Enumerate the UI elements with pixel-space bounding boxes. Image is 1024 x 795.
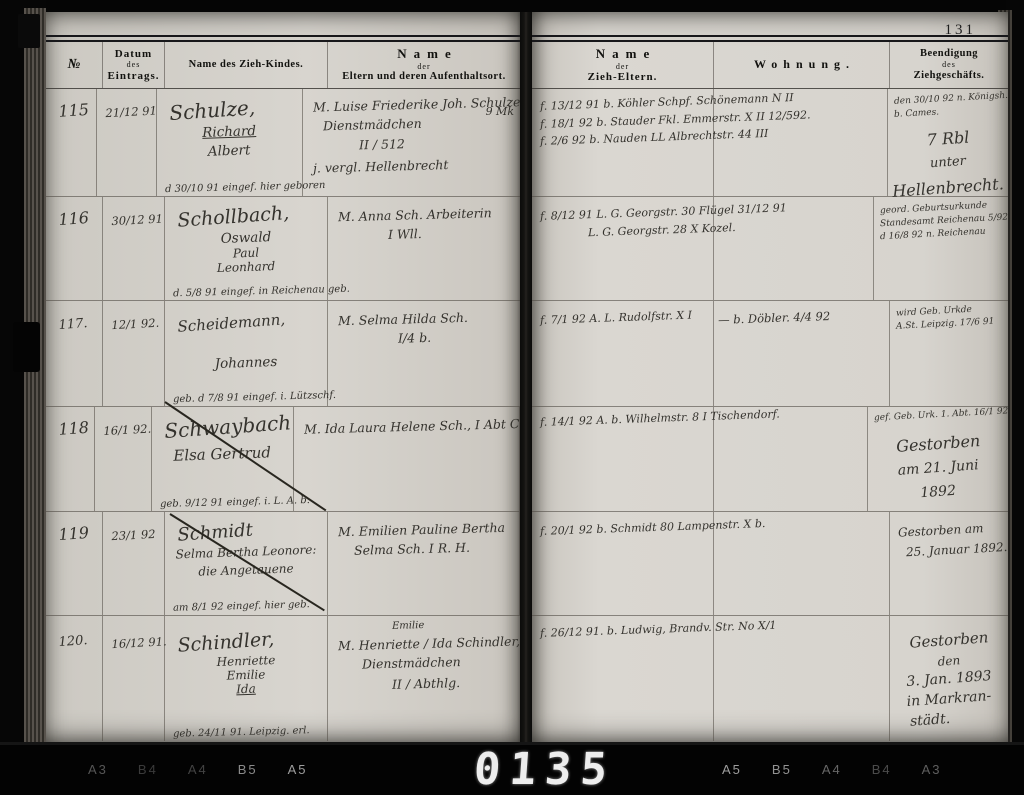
header-beendigung-line3: Ziehgeschäfts. (914, 70, 985, 82)
table-header-left: № Datum des Eintrags. Name des Zieh-Kind… (46, 40, 520, 89)
cell-wohnung: — b. Döbler. 4/4 92 (714, 301, 890, 406)
cell-parents: M. Anna Sch. Arbeiterin I Wll. (328, 197, 520, 300)
child-note: geb. 24/11 91. Leipzig. erl. (173, 725, 310, 740)
header-name-kind: Name des Zieh-Kindes. (165, 42, 328, 88)
header-beendigung-line2: des (942, 60, 956, 69)
cell-foster-parents: f. 13/12 91 b. Köhler Schpf. Schönemann … (532, 89, 714, 196)
header-no: № (46, 42, 103, 88)
cell-parents: M. Emilien Pauline Bertha Selma Sch. I R… (328, 512, 520, 615)
header-zieheltern: Name der Zieh-Eltern. (532, 42, 714, 88)
cell-foster-parents: f. 26/12 91. b. Ludwig, Brandv. Str. No … (532, 616, 714, 741)
page-stack-left (24, 8, 46, 746)
cell-parents: M. Luise Friederike Joh. Schulze Dienstm… (303, 89, 520, 196)
entry-number: 116 (45, 195, 103, 230)
microfilm-frame: № Datum des Eintrags. Name des Zieh-Kind… (0, 0, 1024, 795)
child-forename: Elsa Gertrud (152, 443, 293, 466)
spine-tab-top (18, 14, 40, 48)
spine-tab (13, 322, 40, 372)
cell-parents: M. Ida Laura Helene Sch., I Abt C (294, 407, 520, 511)
cell-child-name: Schulze, Richard Albert d 30/10 91 einge… (157, 89, 302, 196)
parents-line: II / Abthlg. (328, 672, 521, 696)
header-datum-line3: Eintrags. (107, 70, 159, 83)
cell-wohnung (714, 512, 890, 615)
cell-wohnung (714, 407, 868, 511)
entry-number: 117. (45, 299, 103, 334)
film-label: A3 (88, 762, 108, 777)
cell-date: 16/1 92. (95, 407, 152, 511)
cell-date: 30/12 91 (103, 197, 165, 300)
header-eltern-line2: der (417, 62, 430, 71)
foster-line: f. 14/1 92 A. b. Wilhelmstr. 8 I Tischen… (532, 408, 714, 432)
cell-beendigung: Gestorben am 25. Januar 1892. (890, 512, 1008, 615)
entry-number: 120. (45, 614, 103, 651)
entry-date: 21/12 91 (96, 87, 157, 120)
cell-no: 118 (46, 407, 95, 511)
entry-date: 16/12 91. (102, 614, 165, 651)
header-wohnung-label: Wohnung. (748, 58, 855, 72)
frame-counter: 0135 (472, 744, 618, 795)
film-label: A4 (822, 762, 842, 777)
entry-date: 23/1 92 (102, 510, 164, 543)
cell-no: 120. (46, 616, 103, 741)
cell-foster-parents: f. 7/1 92 A. L. Rudolfstr. X I (532, 301, 714, 406)
cell-wohnung (714, 616, 890, 741)
entry-date: 16/1 92. (95, 406, 152, 439)
register-row-117: 117. 12/1 92. Scheidemann, Johannes geb.… (46, 301, 520, 407)
wohnung-line: — b. Döbler. 4/4 92 (714, 307, 889, 327)
child-surname: Schollbach, (164, 191, 328, 232)
cell-parents: M. Selma Hilda Sch. I/4 b. (328, 301, 520, 406)
entry-number: 118 (45, 405, 96, 439)
film-label: A3 (922, 762, 942, 777)
header-eltern-line1: Name (390, 47, 458, 62)
register-row-119-right: f. 20/1 92 b. Schmidt 80 Lampenstr. X b.… (532, 512, 1008, 616)
header-name-eltern: Name der Eltern und deren Aufenthaltsort… (328, 42, 520, 88)
child-surname: Scheidemann, (164, 295, 328, 336)
cell-foster-parents: f. 14/1 92 A. b. Wilhelmstr. 8 I Tischen… (532, 407, 714, 511)
register-row-116-right: f. 8/12 91 L. G. Georgstr. 30 Flügel 31/… (532, 197, 1008, 301)
header-datum-line2: des (127, 60, 141, 69)
register-row-117-right: f. 7/1 92 A. L. Rudolfstr. X I — b. Döbl… (532, 301, 1008, 407)
film-label: B5 (238, 762, 258, 777)
register-row-118-right: f. 14/1 92 A. b. Wilhelmstr. 8 I Tischen… (532, 407, 1008, 512)
child-note: am 8/1 92 eingef. hier geb. (173, 599, 310, 614)
book-right-edge (1006, 0, 1024, 795)
film-footer: A3 B4 A4 B5 A5 0135 A5 B5 A4 B4 A3 (0, 742, 1024, 795)
cell-no: 116 (46, 197, 103, 300)
foster-line: f. 7/1 92 A. L. Rudolfstr. X I (532, 306, 714, 330)
film-label: B4 (872, 762, 892, 777)
cell-child-name: Scheidemann, Johannes geb. d 7/8 91 eing… (165, 301, 328, 406)
child-forename: Johannes (165, 352, 327, 374)
table-header-right: Name der Zieh-Eltern. Wohnung. Beendigun… (532, 40, 1008, 89)
cell-foster-parents: f. 20/1 92 b. Schmidt 80 Lampenstr. X b. (532, 512, 714, 615)
child-note: geb. 9/12 91 eingef. i. L. A. b. (160, 495, 310, 510)
parents-line: M. Ida Laura Helene Sch., I Abt C (293, 414, 519, 439)
register-row-120: 120. 16/12 91. Schindler, Henriette Emil… (46, 616, 520, 741)
header-beendigung: Beendigung des Ziehgeschäfts. (890, 42, 1008, 88)
header-datum: Datum des Eintrags. (103, 42, 165, 88)
register-row-115-right: f. 13/12 91 b. Köhler Schpf. Schönemann … (532, 89, 1008, 197)
header-zieheltern-line3: Zieh-Eltern. (588, 71, 658, 84)
book-left-edge (0, 0, 46, 795)
termination-note: gef. Geb. Urk. 1. Abt. 16/1 92 (867, 405, 1008, 425)
termination-text: 25. Januar 1892. (890, 537, 1009, 564)
cell-date: 12/1 92. (103, 301, 165, 406)
header-zieheltern-line1: Name (589, 47, 657, 62)
header-beendigung-line1: Beendigung (920, 48, 978, 60)
header-name-kind-label: Name des Zieh-Kindes. (189, 59, 304, 71)
child-note: geb. d 7/8 91 eingef. i. Lützschf. (173, 390, 336, 405)
cell-child-name: Schollbach, Oswald Paul Leonhard d. 5/8 … (165, 197, 328, 300)
cell-no: 115 (46, 89, 97, 196)
film-label: A5 (288, 762, 308, 777)
register-row-118: 118 16/1 92. Schwaybach Elsa Gertrud geb… (46, 407, 520, 512)
parents-line: j. vergl. Hellenbrecht (302, 153, 520, 178)
cell-date: 23/1 92 (103, 512, 165, 615)
register-row-119: 119 23/1 92 Schmidt Selma Bertha Leonore… (46, 512, 520, 616)
cell-beendigung: geord. Geburtsurkunde Standesamt Reichen… (874, 197, 1008, 300)
header-eltern-line3: Eltern und deren Aufenthaltsort. (342, 71, 505, 83)
child-forename: Richard (157, 121, 302, 142)
register-row-120-right: f. 26/12 91. b. Ludwig, Brandv. Str. No … (532, 616, 1008, 741)
cell-child-name: Schwaybach Elsa Gertrud geb. 9/12 91 ein… (152, 407, 293, 511)
parents-line: I Wll. (328, 222, 520, 246)
film-labels-right: A5 B5 A4 B4 A3 (722, 762, 972, 777)
cell-beendigung: gef. Geb. Urk. 1. Abt. 16/1 92 Gestorben… (868, 407, 1008, 511)
cell-foster-parents: f. 8/12 91 L. G. Georgstr. 30 Flügel 31/… (532, 197, 714, 300)
page-left: № Datum des Eintrags. Name des Zieh-Kind… (46, 12, 520, 743)
header-zieheltern-line2: der (616, 62, 629, 71)
entry-number: 119 (45, 510, 103, 545)
entry-number: 115 (45, 87, 97, 121)
foster-line: f. 20/1 92 b. Schmidt 80 Lampenstr. X b. (532, 517, 714, 541)
cell-beendigung: Gestorben den 3. Jan. 1893 in Markran- s… (890, 616, 1008, 741)
cell-date: 21/12 91 (97, 89, 157, 196)
cell-wohnung (714, 197, 874, 300)
child-surname: Schulze, (156, 84, 302, 126)
film-label: A4 (188, 762, 208, 777)
register-row-115: 115 21/12 91 Schulze, Richard Albert d 3… (46, 89, 520, 197)
header-wohnung: Wohnung. (714, 42, 890, 88)
cell-beendigung: wird Geb. Urkde A.St. Leipzig. 17/6 91 (890, 301, 1008, 406)
cell-child-name: Schindler, Henriette Emilie Ida geb. 24/… (165, 616, 328, 741)
cell-no: 117. (46, 301, 103, 406)
parents-line: Dienstmädchen (328, 650, 521, 674)
parents-line: I/4 b. (328, 326, 520, 350)
cell-wohnung (714, 89, 888, 196)
entry-date: 12/1 92. (102, 299, 164, 332)
parents-line: Selma Sch. I R. H. (328, 537, 519, 561)
foster-line: f. 26/12 91. b. Ludwig, Brandv. Str. No … (532, 619, 714, 643)
cell-date: 16/12 91. (103, 616, 165, 741)
parents-fee: 9 Mk (486, 105, 514, 118)
header-datum-line1: Datum (115, 48, 152, 61)
no-symbol: № (68, 57, 81, 73)
entry-date: 30/12 91 (102, 195, 164, 228)
register-row-116: 116 30/12 91 Schollbach, Oswald Paul Leo… (46, 197, 520, 301)
cell-beendigung: den 30/10 92 n. Königsh. b. Cames. 7 Rbl… (888, 89, 1008, 196)
cell-no: 119 (46, 512, 103, 615)
film-label: A5 (722, 762, 742, 777)
film-label: B5 (772, 762, 792, 777)
film-labels-left: A3 B4 A4 B5 A5 (88, 762, 338, 777)
child-forename: Albert (157, 140, 302, 161)
page-right: 131 Name der Zieh-Eltern. Wohnung. Beend… (532, 12, 1008, 743)
child-surname: Schindler, (164, 610, 328, 657)
child-forename: Selma Bertha Leonore: (165, 542, 327, 562)
cell-parents: Emilie M. Henriette / Ida Schindler, Die… (328, 616, 520, 741)
film-label: B4 (138, 762, 158, 777)
